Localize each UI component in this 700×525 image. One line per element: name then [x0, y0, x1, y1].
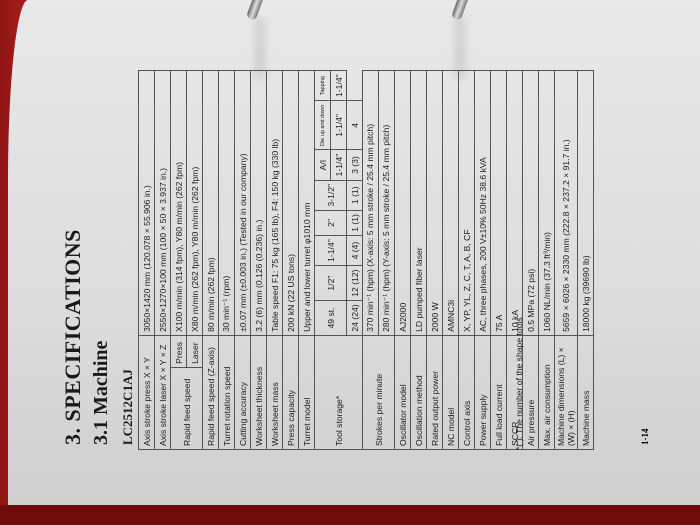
table-row: Rapid feed speed (Z-axis)80 m/min (262 f…: [203, 71, 219, 450]
page-number: 1-14: [640, 429, 650, 446]
table-row: Machine mass18000 kg (39690 lb): [578, 71, 594, 450]
table-row: Rapid feed speed Press X100 m/min (314 f…: [171, 71, 187, 450]
table-row: Axis stroke laser X × Y × Z 2550×1270×10…: [155, 71, 171, 450]
table-row: Worksheet thickness3.2 (6) mm (0.126 (0.…: [251, 71, 267, 450]
table-row: Turret modelUpper and lower turret φ1010…: [299, 71, 315, 450]
table-row: Power supplyAC, three phases, 200 V±10% …: [475, 71, 491, 450]
table-row: Turret rotation speed30 min⁻¹ (rpm): [219, 71, 235, 450]
subsection-title: 3.1 Machine: [90, 341, 113, 445]
table-row: Cutting accuracy±0.07 mm (±0.003 in.) (T…: [235, 71, 251, 450]
footnote: *( ): The number of the shape tools: [514, 317, 524, 450]
table-row: Air pressure0.5 MPa (72 psi): [523, 71, 539, 450]
table-row: NC modelAMNC3i: [443, 71, 459, 450]
table-row: Worksheet massTable speed F1: 75 kg (165…: [267, 71, 283, 450]
table-row: Oscillation methodLD pumped fiber laser: [411, 71, 427, 450]
spec-page: 3. SPECIFICATIONS 3.1 Machine LC2512C1AJ…: [60, 35, 530, 505]
red-surface: [0, 505, 700, 525]
table-row: Rated output power2000 W: [427, 71, 443, 450]
table-row: Strokes per minute 370 min⁻¹ (hpm) (X-ax…: [363, 71, 379, 450]
table-row: Oscillator modelAJ2000: [395, 71, 411, 450]
section-title: 3. SPECIFICATIONS: [60, 229, 86, 445]
table-row: Machine dimensions (L) × (W) × (H)5659 ×…: [555, 71, 578, 450]
table-row: Full load current75 A: [491, 71, 507, 450]
table-row: Axis stroke press X × Y 3050×1420 mm (12…: [139, 71, 155, 450]
spec-table: Axis stroke press X × Y 3050×1420 mm (12…: [138, 70, 594, 450]
table-row: Press capacity200 kN (22 US tons): [283, 71, 299, 450]
table-row: Max. air consumption1060 NL/min (37.3 ft…: [539, 71, 555, 450]
tool-storage-header-row: Tool storage* 49 st. 1/2" 1-1/4" 2" 3-1/…: [315, 71, 331, 450]
model-name: LC2512C1AJ: [120, 369, 136, 445]
table-row: Control axisX, YP, YL, Z, C, T, A, B, CF: [459, 71, 475, 450]
